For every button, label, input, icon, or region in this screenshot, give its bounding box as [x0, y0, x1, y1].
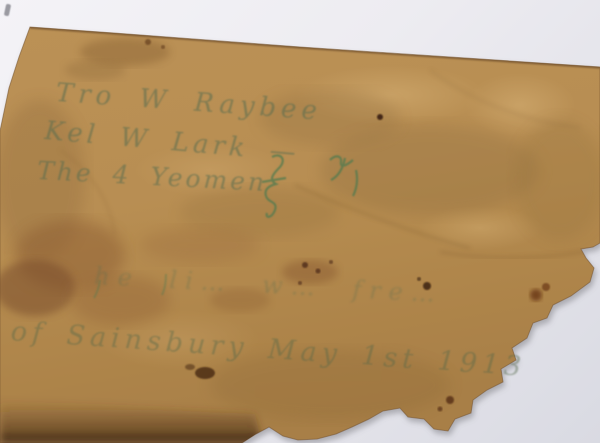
paper-photo [0, 0, 600, 443]
paper [0, 27, 600, 443]
photo-stage: Tro W Raybee Kel W Lark — The 4 Yeomen h… [0, 0, 600, 443]
